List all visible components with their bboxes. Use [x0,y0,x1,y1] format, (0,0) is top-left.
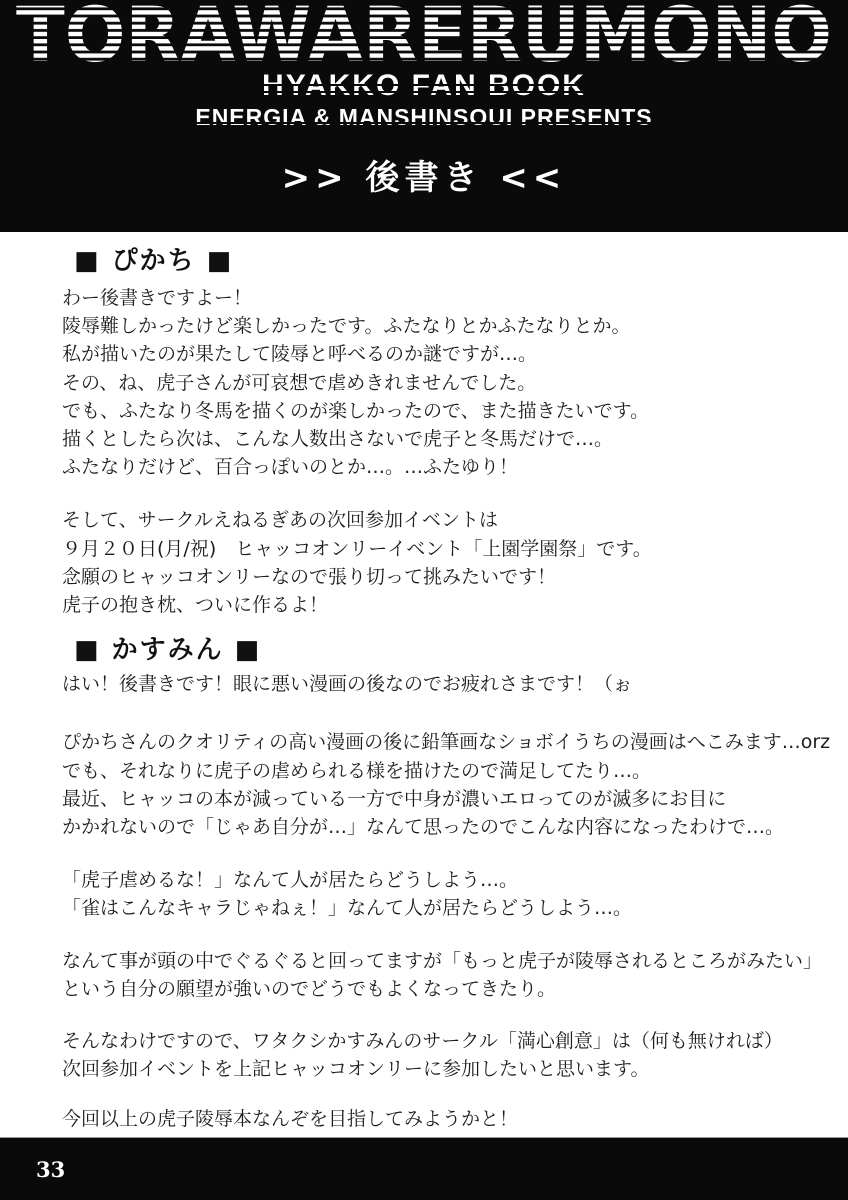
text-line: 陵辱難しかったけど楽しかったです。ふたなりとかふたなりとか。 [62,312,828,340]
paragraph: はい！後書きです！眼に悪い漫画の後なのでお疲れさまです！（ぉ [62,670,828,698]
paragraph: わー後書きですよー！ 陵辱難しかったけど楽しかったです。ふたなりとかふたなりとか… [62,284,828,481]
slice-line [0,84,848,86]
slice-line [0,91,848,93]
text-line: 次回参加イベントを上記ヒャッコオンリーに参加したいと思います。 [62,1055,828,1083]
page-number: 33 [36,1159,65,1181]
text-line: でも、それなりに虎子の虐められる様を描けたので満足してたり…。 [62,757,828,785]
section-heading-kasumin: ■ かすみん ■ [74,635,848,665]
text-line: という自分の願望が強いのでどうでもよくなってきたり。 [62,975,828,1003]
text-line: ９月２０日(月/祝) ヒャッコオンリーイベント「上園学園祭」です。 [62,535,828,563]
logo-text: TORAWARERUMONO [16,3,832,65]
text-line: でも、ふたなり冬馬を描くのが楽しかったので、また描きたいです。 [62,397,828,425]
doujin-afterword-page: TORAWARERUMONO HYAKKO FAN BOOK ENERGIA &… [0,0,848,1200]
slice-line [0,122,848,124]
footer-bar: 33 [0,1137,848,1200]
text-line: 念願のヒャッコオンリーなので張り切って挑みたいです！ [62,563,828,591]
text-line: はい！後書きです！眼に悪い漫画の後なのでお疲れさまです！（ぉ [62,670,828,698]
afterword-heading: >> 後書き << [0,158,848,198]
paragraph: そして、サークルえねるぎあの次回参加イベントは ９月２０日(月/祝) ヒャッコオ… [62,506,828,619]
text-line: かかれないので「じゃあ自分が…」なんて思ったのでこんな内容になったわけで…。 [62,813,828,841]
text-line: 「虎子虐めるな！」なんて人が居たらどうしよう…。 [62,866,828,894]
text-line: 描くとしたら次は、こんな人数出さないで虎子と冬馬だけで…。 [62,425,828,453]
paragraph: そんなわけですので、ワタクシかすみんのサークル「満心創意」は（何も無ければ） 次… [62,1027,828,1083]
text-line: そんなわけですので、ワタクシかすみんのサークル「満心創意」は（何も無ければ） [62,1027,828,1055]
text-line: 最近、ヒャッコの本が減っている一方で中身が濃いエロってのが滅多にお目に [62,785,828,813]
text-line: その、ね、虎子さんが可哀想で虐めきれませんでした。 [62,369,828,397]
text-line: なんて事が頭の中でぐるぐると回ってますが「もっと虎子が陵辱されるところがみたい」 [62,947,828,975]
section-heading-pikachi: ■ ぴかち ■ [74,246,848,276]
striped-logo: TORAWARERUMONO [12,3,836,65]
text-line: 虎子の抱き枕、ついに作るよ！ [62,591,828,619]
paragraph: 今回以上の虎子陵辱本なんぞを目指してみようかと！ [62,1105,828,1133]
text-line: ふたなりだけど、百合っぽいのとか…。…ふたゆり！ [62,453,828,481]
afterword-content: ■ ぴかち ■ わー後書きですよー！ 陵辱難しかったけど楽しかったです。ふたなり… [0,232,848,1134]
paragraph: 「虎子虐めるな！」なんて人が居たらどうしよう…。 「雀はこんなキャラじゃねぇ！」… [62,866,828,922]
text-line: そして、サークルえねるぎあの次回参加イベントは [62,506,828,534]
title-banner: TORAWARERUMONO HYAKKO FAN BOOK ENERGIA &… [0,0,848,232]
text-line: 今回以上の虎子陵辱本なんぞを目指してみようかと！ [62,1105,828,1133]
banner-presents-line: ENERGIA & MANSHINSOUI PRESENTS [0,104,848,130]
paragraph: なんて事が頭の中でぐるぐると回ってますが「もっと虎子が陵辱されるところがみたい」… [62,947,828,1003]
text-line: 私が描いたのが果たして陵辱と呼べるのか謎ですが…。 [62,340,828,368]
text-line: わー後書きですよー！ [62,284,828,312]
banner-subtitle: HYAKKO FAN BOOK [0,70,848,102]
paragraph: ぴかちさんのクオリティの高い漫画の後に鉛筆画なショボイうちの漫画はへこみます…o… [62,728,828,841]
text-line: 「雀はこんなキャラじゃねぇ！」なんて人が居たらどうしよう…。 [62,894,828,922]
text-line: ぴかちさんのクオリティの高い漫画の後に鉛筆画なショボイうちの漫画はへこみます…o… [62,728,828,756]
